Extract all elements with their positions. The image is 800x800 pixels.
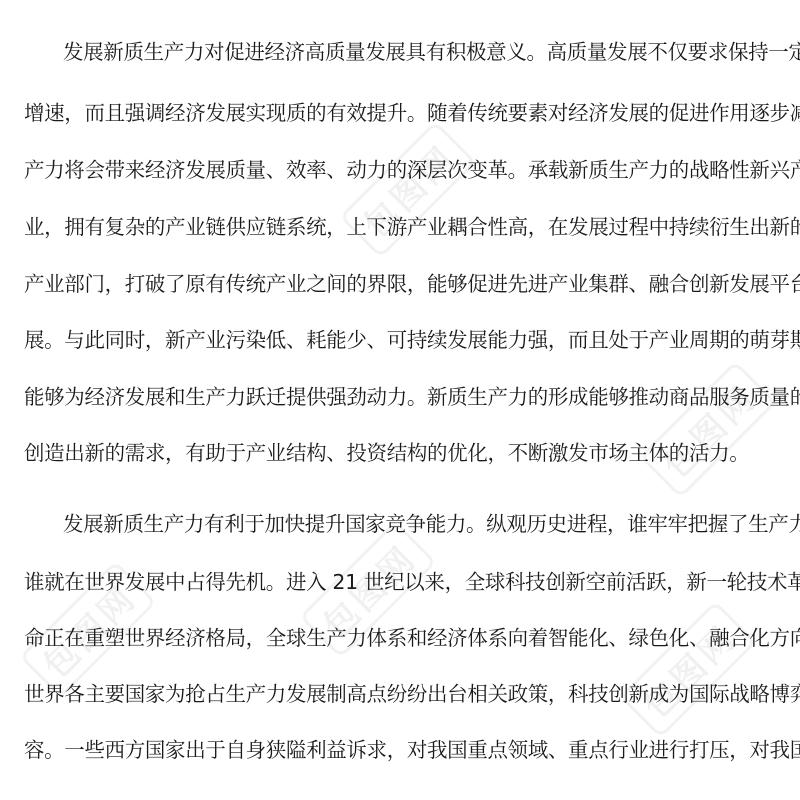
- paragraph-line: 展。与此同时，新产业污染低、耗能少、可持续发展能力强，而且处于产业周期的萌芽期和…: [24, 326, 776, 354]
- paragraph-line: 发展新质生产力有利于加快提升国家竞争能力。纵观历史进程，谁牢牢把握了生产力发展的…: [63, 510, 776, 538]
- paragraph-line: 产业部门，打破了原有传统产业之间的界限，能够促进先进产业集群、融合创新发展平台的…: [24, 270, 776, 298]
- paragraph-line: 能够为经济发展和生产力跃迁提供强劲动力。新质生产力的形成能够推动商品服务质量的改…: [24, 383, 776, 411]
- watermark: 包图网: [619, 601, 757, 739]
- watermark: 包图网: [639, 361, 777, 499]
- paragraph-line: 发展新质生产力对促进经济高质量发展具有积极意义。高质量发展不仅要求保持一定的经济…: [63, 38, 776, 66]
- paragraph-line: 业，拥有复杂的产业链供应链系统，上下游产业耦合性高，在发展过程中持续衍生出新的生…: [24, 213, 776, 241]
- paragraph-line: 创造出新的需求，有助于产业结构、投资结构的优化，不断激发市场主体的活力。: [24, 439, 776, 467]
- paragraph-line: 增速，而且强调经济发展实现质的有效提升。随着传统要素对经济发展的促进作用逐步减弱…: [24, 99, 776, 127]
- document-page: 包图网 包图网 包图网 包图网 包图网 发展新质生产力对促进经济高质量发展具有积…: [0, 0, 800, 800]
- paragraph-line: 命正在重塑世界经济格局，全球生产力体系和经济体系向着智能化、绿色化、融合化方向不…: [24, 624, 776, 652]
- paragraph-line: 谁就在世界发展中占得先机。进入 21 世纪以来，全球科技创新空前活跃，新一轮技术…: [24, 568, 776, 596]
- paragraph-line: 产力将会带来经济发展质量、效率、动力的深层次变革。承载新质生产力的战略性新兴产业…: [24, 156, 776, 184]
- paragraph-line: 世界各主要国家为抢占生产力发展制高点纷纷出台相关政策，科技创新成为国际战略博弈的…: [24, 680, 776, 708]
- paragraph-line: 容。一些西方国家出于自身狭隘利益诉求，对我国重点领域、重点行业进行打压，对我国产…: [24, 736, 776, 764]
